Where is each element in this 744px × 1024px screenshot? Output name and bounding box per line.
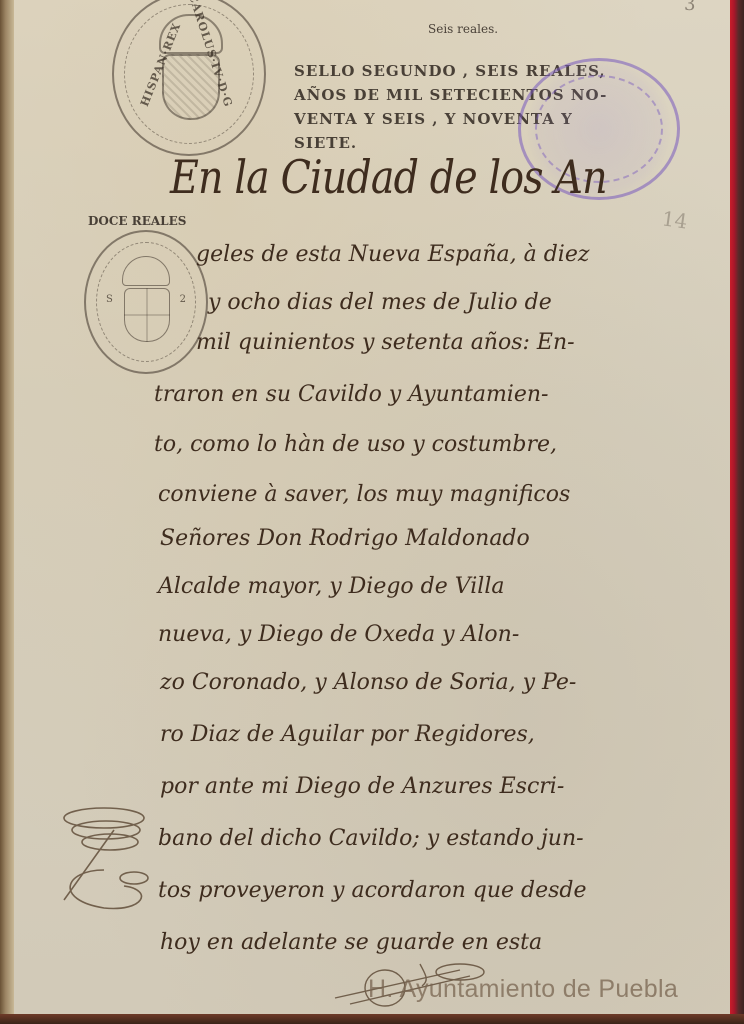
manuscript-line: nueva, y Diego de Oxeda y Alon- bbox=[158, 622, 519, 647]
red-page-edge bbox=[730, 0, 744, 1024]
manuscript-line: conviene à saver, los muy magnificos bbox=[158, 482, 570, 507]
coat-of-arms-icon bbox=[124, 288, 170, 342]
folio-mark: 14 bbox=[660, 206, 689, 233]
binding-gutter bbox=[0, 0, 14, 1024]
sello-value-label: Seis reales. bbox=[428, 22, 498, 36]
manuscript-line: ro Diaz de Aguilar por Regidores, bbox=[160, 722, 535, 747]
doce-reales-seal-icon: S 2 bbox=[84, 230, 208, 374]
manuscript-line: geles de esta Nueva España, à diez bbox=[196, 242, 589, 267]
seal-mark-2: 2 bbox=[180, 294, 186, 305]
manuscript-line: tos proveyeron y acordaron que desde bbox=[158, 878, 587, 903]
paraph-flourish-icon bbox=[44, 800, 154, 920]
manuscript-title-line: En la Ciudad de los An bbox=[170, 150, 607, 204]
watermark-text: H. Ayuntamiento de Puebla bbox=[368, 975, 678, 1004]
manuscript-line: zo Coronado, y Alonso de Soria, y Pe- bbox=[160, 670, 576, 695]
manuscript-line: hoy en adelante se guarde en esta bbox=[160, 930, 542, 955]
manuscript-line: Alcalde mayor, y Diego de Villa bbox=[158, 574, 505, 599]
document-page: 3 14 HISPAN·REX CAROLUS·IV·D·G Seis real… bbox=[0, 0, 744, 1024]
doce-reales-label: DOCE REALES bbox=[88, 214, 186, 228]
manuscript-line: y ocho dias del mes de Julio de bbox=[208, 290, 552, 315]
manuscript-line: to, como lo hàn de uso y costumbre, bbox=[154, 432, 557, 457]
royal-seal-icon: HISPAN·REX CAROLUS·IV·D·G bbox=[112, 0, 266, 156]
page-number: 3 bbox=[684, 0, 695, 15]
manuscript-line: bano del dicho Cavildo; y estando jun- bbox=[158, 826, 584, 851]
manuscript-line: mil quinientos y setenta años: En- bbox=[196, 330, 575, 355]
manuscript-line: traron en su Cavildo y Ayuntamien- bbox=[154, 382, 548, 407]
seal-mark-s: S bbox=[106, 294, 113, 305]
manuscript-line: por ante mi Diego de Anzures Escri- bbox=[160, 774, 564, 799]
manuscript-line: Señores Don Rodrigo Maldonado bbox=[160, 526, 530, 551]
bottom-page-edge bbox=[0, 1014, 744, 1024]
